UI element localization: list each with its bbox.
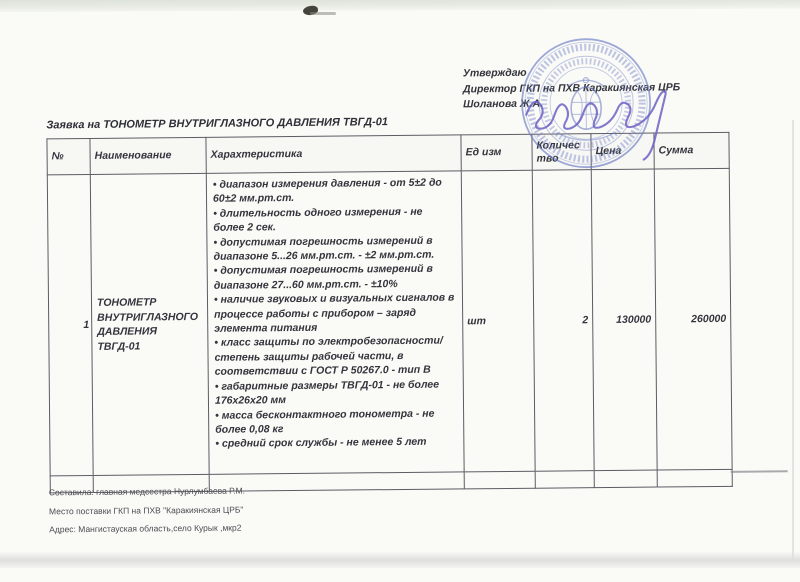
col-header-quantity: Количество — [532, 134, 591, 171]
approval-line-name: Шоланова Ж.А. — [463, 95, 680, 113]
characteristic-item: • допустимая погрешность измерений в диа… — [214, 262, 457, 293]
footer-delivery-place: Место поставки ГКП на ПХВ "Каракиянская … — [49, 504, 245, 516]
cell-item-name: ТОНОМЕТР ВНУТРИГЛАЗНОГО ДАВЛЕНИЯ ТВГД-01 — [90, 173, 209, 475]
characteristic-item: • диапазон измерения давления - от 5±2 д… — [213, 175, 456, 206]
characteristic-item: • масса бесконтактного тонометра - не бо… — [215, 406, 458, 437]
cell-sum: 260000 — [654, 168, 732, 470]
document-body: Утверждаю Директор ГКП на ПХВ Каракиянск… — [0, 0, 800, 582]
footer-block: Составила: главная медсестра Нурлумбаева… — [49, 485, 246, 542]
table-row: 1 ТОНОМЕТР ВНУТРИГЛАЗНОГО ДАВЛЕНИЯ ТВГД-… — [47, 168, 732, 476]
cell-row-number: 1 — [47, 174, 93, 475]
col-header-characteristic: Харахтеристика — [206, 135, 461, 173]
characteristic-item: • длительность одного измерения - не бол… — [213, 204, 456, 235]
characteristic-item: • класс защиты по электробезопасности/ст… — [214, 334, 457, 380]
cell-unit: шт — [461, 170, 535, 472]
characteristic-item: • наличие звуковых и визуальных сигналов… — [214, 291, 457, 337]
cell-characteristics: • диапазон измерения давления - от 5±2 д… — [206, 171, 464, 474]
col-header-sum: Сумма — [654, 132, 729, 169]
col-header-unit: Ед изм — [461, 134, 532, 171]
approval-line-director: Директор ГКП на ПХВ Каракиянская ЦРБ — [463, 80, 680, 98]
col-header-name: Наименование — [90, 137, 206, 174]
characteristic-item: • габаритные размеры ТВГД-01 - не более … — [215, 377, 458, 408]
request-table: № Наименование Харахтеристика Ед изм Кол… — [46, 132, 732, 494]
col-header-price: Цена — [591, 133, 654, 170]
scan-bottom-edge — [0, 551, 800, 568]
cell-price: 130000 — [591, 169, 657, 471]
approval-block: Утверждаю Директор ГКП на ПХВ Каракиянск… — [463, 64, 681, 113]
characteristic-item: • средний срок службы - не менее 5 лет — [215, 435, 458, 452]
scan-line-artifact — [731, 470, 788, 472]
characteristic-item: • допустимая погрешность измерений в диа… — [213, 233, 456, 264]
col-header-number: № — [47, 138, 90, 174]
cell-quantity: 2 — [532, 170, 594, 472]
scanned-document-page: Утверждаю Директор ГКП на ПХВ Каракиянск… — [0, 0, 800, 582]
page-title: Заявка на ТОНОМЕТР ВНУТРИГЛАЗНОГО ДАВЛЕН… — [46, 116, 388, 131]
footer-compiled-by: Составила: главная медсестра Нурлумбаева… — [49, 485, 245, 497]
footer-address: Адрес: Мангистауская область,село Курык … — [49, 522, 245, 534]
